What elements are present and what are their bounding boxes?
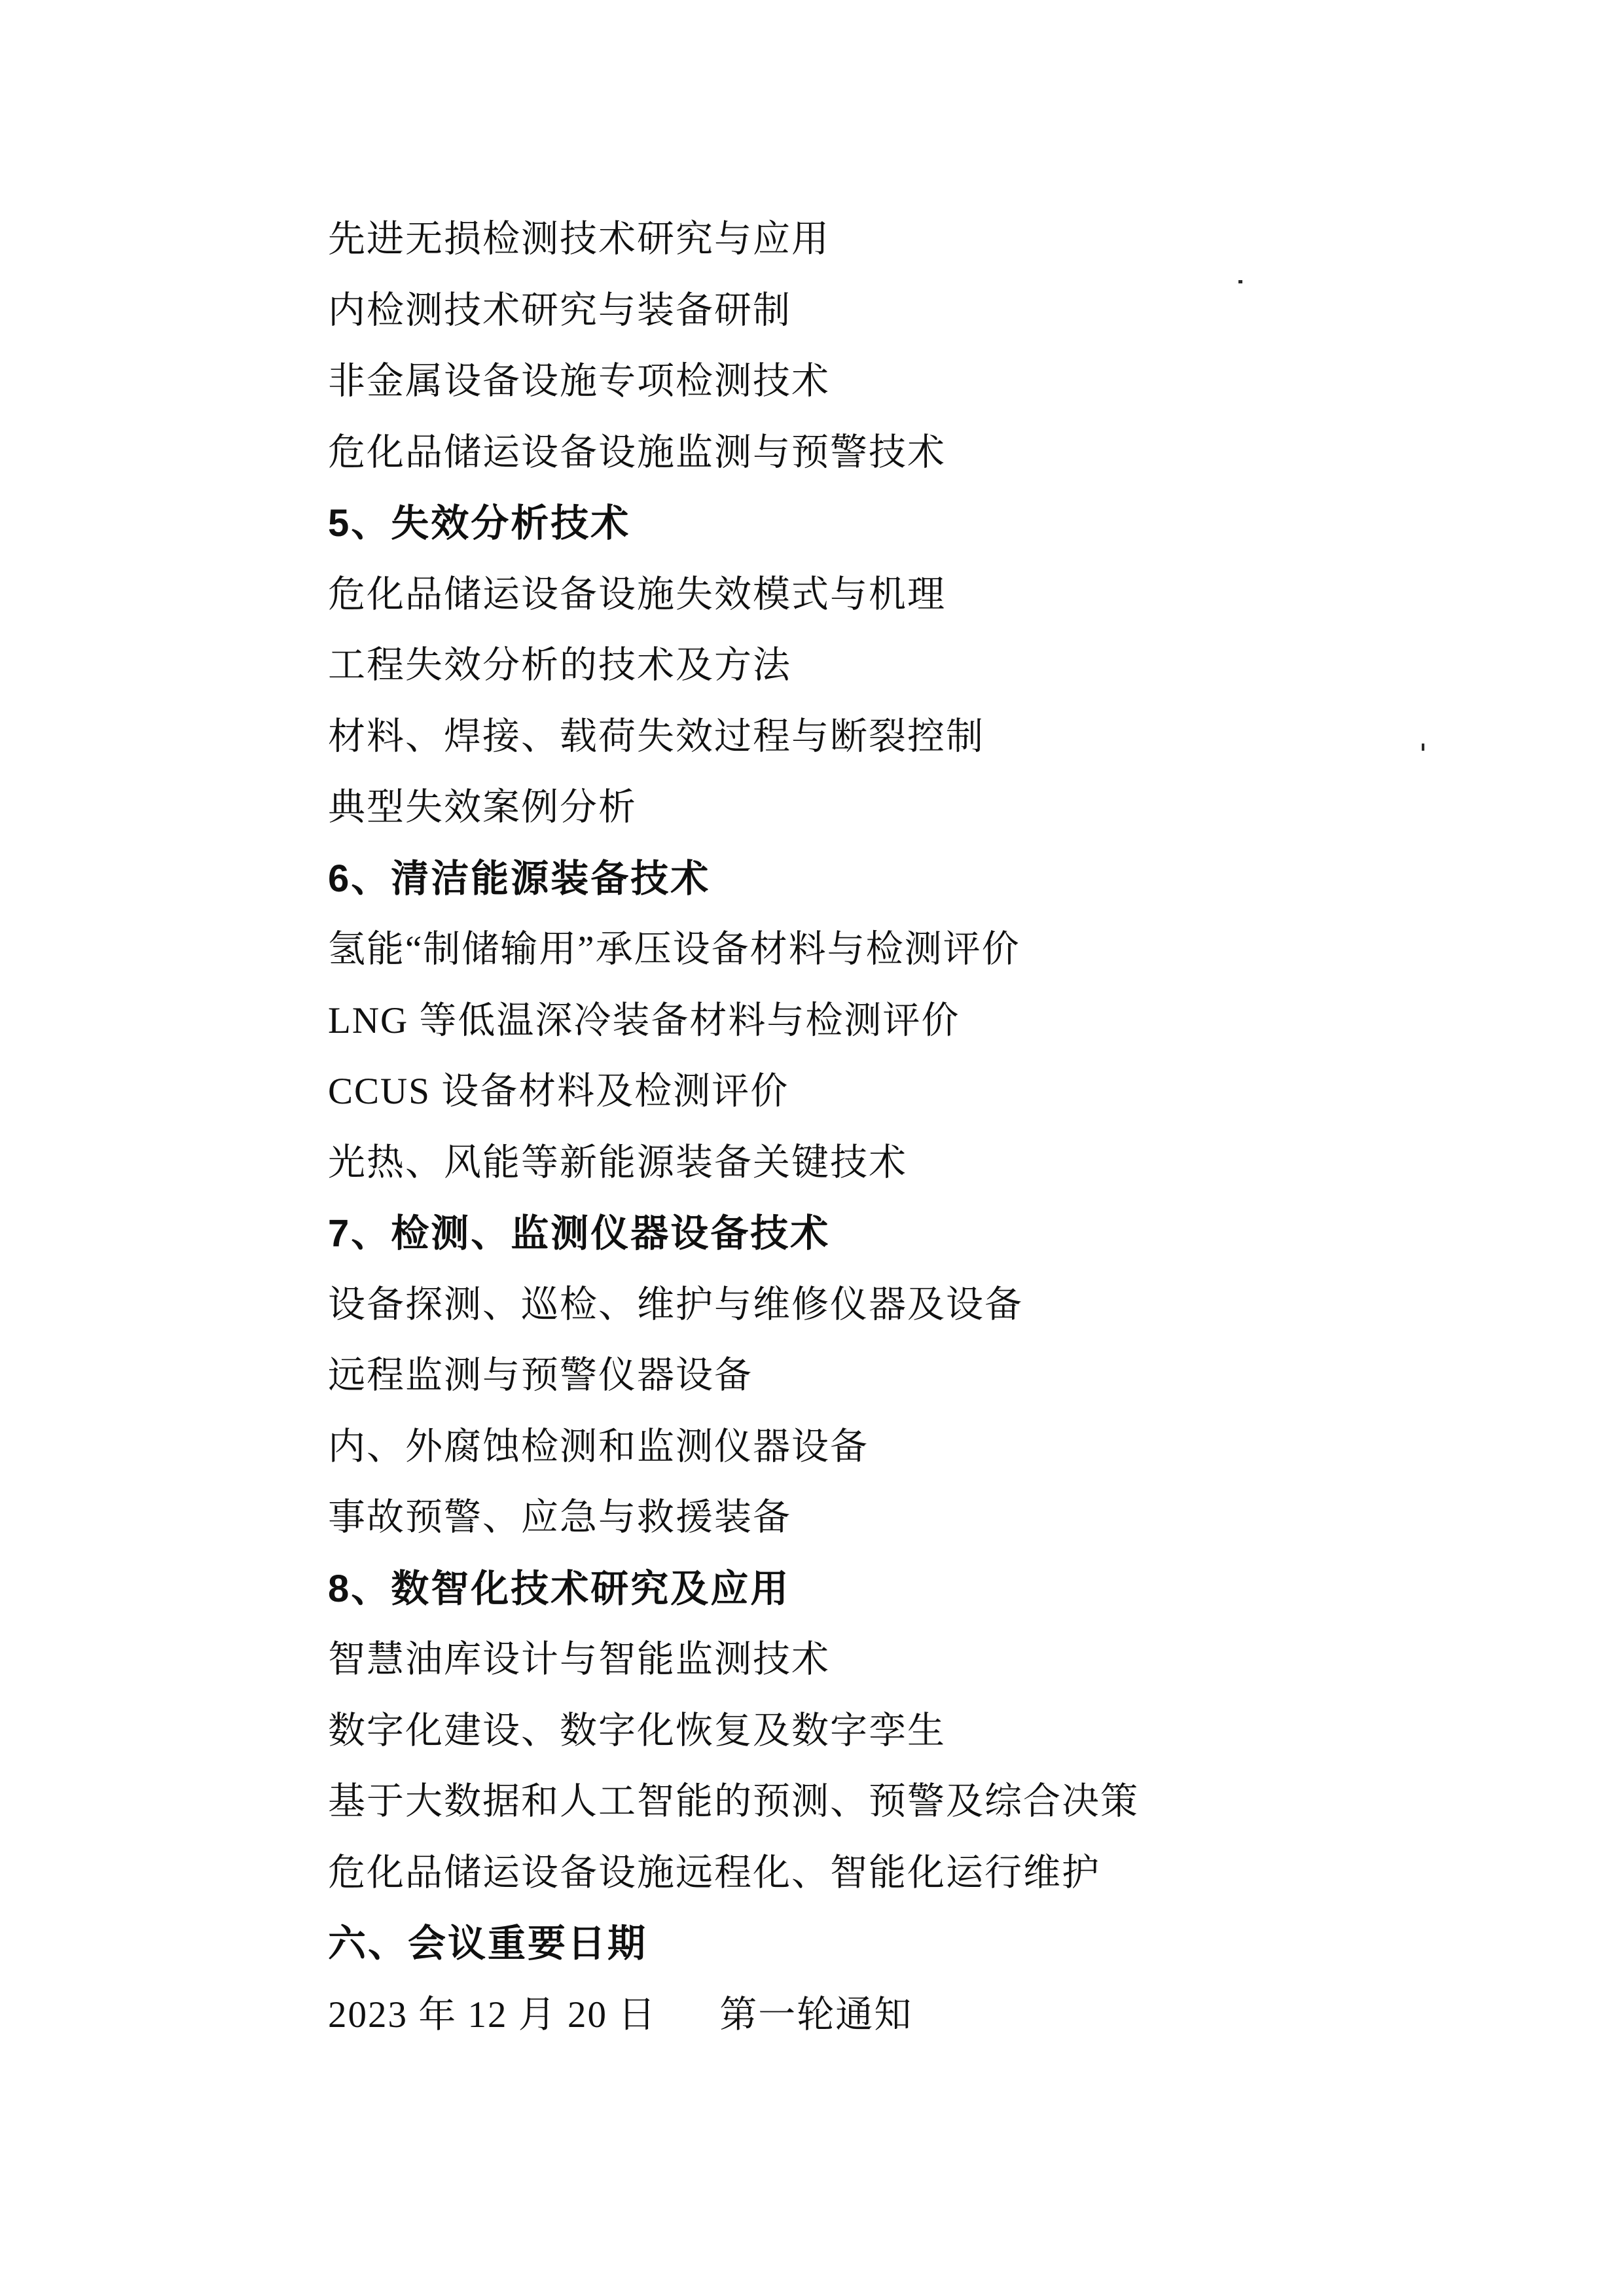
topic-list-item: 设备探测、巡检、维护与维修仪器及设备 <box>328 1270 1506 1341</box>
topic-list-item: 危化品储运设备设施远程化、智能化运行维护 <box>328 1838 1506 1909</box>
topic-list-item: 数字化建设、数字化恢复及数字孪生 <box>328 1696 1506 1767</box>
topic-list-item: 光热、风能等新能源装备关键技术 <box>328 1128 1506 1199</box>
topic-list-item: 先进无损检测技术研究与应用 <box>328 204 1506 276</box>
date-value: 2023 年 12 月 20 日 <box>328 1980 657 2051</box>
date-line: 2023 年 12 月 20 日第一轮通知 <box>328 1980 1506 2051</box>
ink-speck <box>1238 280 1242 283</box>
date-label: 第一轮通知 <box>719 1980 912 2051</box>
document-body: 先进无损检测技术研究与应用内检测技术研究与装备研制非金属设备设施专项检测技术危化… <box>328 204 1506 2051</box>
section-heading: 5、失效分析技术 <box>328 488 1506 560</box>
topic-list-item: 氢能“制储输用”承压设备材料与检测评价 <box>328 914 1506 986</box>
topic-list-item: 智慧油库设计与智能监测技术 <box>328 1624 1506 1696</box>
topic-list-item: 典型失效案例分析 <box>328 772 1506 844</box>
topic-list-item: 基于大数据和人工智能的预测、预警及综合决策 <box>328 1767 1506 1838</box>
topic-list-item: 材料、焊接、载荷失效过程与断裂控制 <box>328 702 1506 773</box>
topic-list-item: 内检测技术研究与装备研制 <box>328 276 1506 347</box>
topic-list-item: 内、外腐蚀检测和监测仪器设备 <box>328 1412 1506 1483</box>
section-heading: 六、会议重要日期 <box>328 1909 1506 1980</box>
topic-list-item: 危化品储运设备设施监测与预警技术 <box>328 418 1506 489</box>
topic-list-item: CCUS 设备材料及检测评价 <box>328 1056 1506 1128</box>
topic-list-item: 工程失效分析的技术及方法 <box>328 630 1506 702</box>
section-heading: 7、检测、监测仪器设备技术 <box>328 1198 1506 1270</box>
section-heading: 6、清洁能源装备技术 <box>328 844 1506 915</box>
document-page: 先进无损检测技术研究与应用内检测技术研究与装备研制非金属设备设施专项检测技术危化… <box>0 0 1624 2296</box>
topic-list-item: LNG 等低温深冷装备材料与检测评价 <box>328 986 1506 1057</box>
topic-list-item: 事故预警、应急与救援装备 <box>328 1482 1506 1554</box>
topic-list-item: 危化品储运设备设施失效模式与机理 <box>328 560 1506 631</box>
topic-list-item: 非金属设备设施专项检测技术 <box>328 346 1506 418</box>
section-heading: 8、数智化技术研究及应用 <box>328 1554 1506 1625</box>
ink-speck <box>1422 744 1424 751</box>
topic-list-item: 远程监测与预警仪器设备 <box>328 1340 1506 1412</box>
